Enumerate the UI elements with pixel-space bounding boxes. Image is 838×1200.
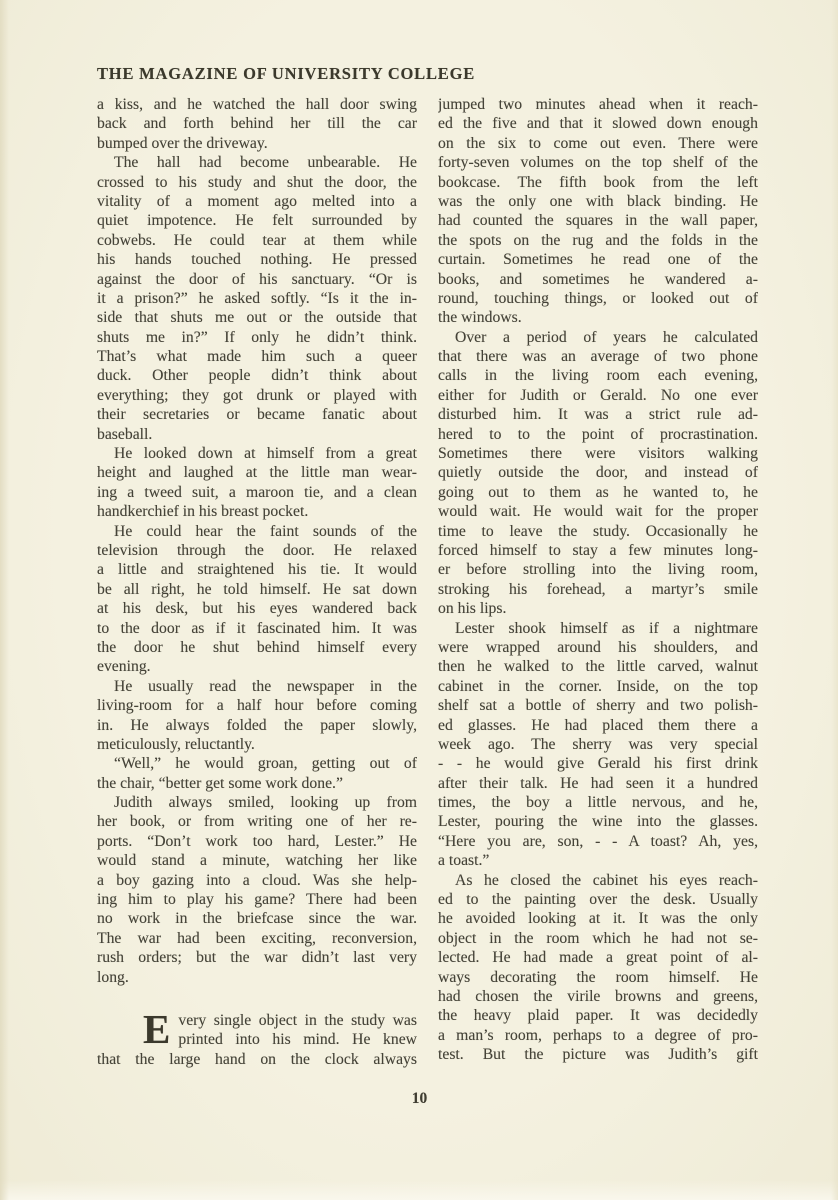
text-line: her book, or from writing one of her re-	[97, 812, 417, 831]
text-line: The war had been exciting, reconversion,	[97, 929, 417, 948]
paragraph: As he closed the cabinet his eyes reach-…	[438, 871, 758, 1065]
text-line: week ago. The sherry was very special	[438, 735, 758, 754]
text-line: That’s what made him such a queer	[97, 347, 417, 366]
text-line: printed into his mind. He knew	[178, 1030, 417, 1049]
paragraph: Lester shook himself as if a nightmarewe…	[438, 619, 758, 871]
paragraph: Every single object in the study wasprin…	[97, 1011, 417, 1069]
text-line: As he closed the cabinet his eyes reach-	[438, 871, 758, 890]
column-left: a kiss, and he watched the hall door swi…	[97, 95, 417, 1069]
text-line: either for Judith or Gerald. No one ever	[438, 386, 758, 405]
paragraph: jumped two minutes ahead when it reach-e…	[438, 95, 758, 328]
text-line: object in the room which he had not se-	[438, 929, 758, 948]
text-line: quietly outside the door, and instead of	[438, 463, 758, 482]
text-line: would wait. He would wait for the proper	[438, 502, 758, 521]
text-line: He could hear the faint sounds of the	[97, 522, 417, 541]
text-line: ing him to play his game? There had been	[97, 890, 417, 909]
paragraph: “Well,” he would groan, getting out ofth…	[97, 754, 417, 793]
text-line: curtain. Sometimes he read one of the	[438, 250, 758, 269]
text-line: he avoided looking at it. It was the onl…	[438, 909, 758, 928]
paragraph: He could hear the faint sounds of thetel…	[97, 522, 417, 677]
text-line: bumped over the driveway.	[97, 134, 417, 153]
text-line: evening.	[97, 657, 417, 676]
text-line: cobwebs. He could tear at them while	[97, 231, 417, 250]
text-line: Lester, pouring the wine into the glasse…	[438, 812, 758, 831]
two-column-text-block: a kiss, and he watched the hall door swi…	[97, 95, 758, 1069]
text-line: “Well,” he would groan, getting out of	[97, 754, 417, 773]
text-line: books, and sometimes he wandered a-	[438, 270, 758, 289]
text-line: very single object in the study was	[178, 1011, 417, 1030]
text-line: quiet impotence. He felt surrounded by	[97, 211, 417, 230]
text-line: on his lips.	[438, 599, 758, 618]
text-line: duck. Other people didn’t think about	[97, 366, 417, 385]
text-line: would stand a minute, watching her like	[97, 851, 417, 870]
text-line: Lester shook himself as if a nightmare	[438, 619, 758, 638]
text-line: the windows.	[438, 308, 758, 327]
text-line: the heavy plaid paper. It was decidedly	[438, 1006, 758, 1025]
text-line: after their talk. He had seen it a hundr…	[438, 774, 758, 793]
text-line: shuts me in?” If only he didn’t think.	[97, 328, 417, 347]
text-line: long.	[97, 968, 417, 987]
text-line: jumped two minutes ahead when it reach-	[438, 95, 758, 114]
paragraph: He looked down at himself from a greathe…	[97, 444, 417, 522]
paragraph: a kiss, and he watched the hall door swi…	[97, 95, 417, 153]
text-line: shelf sat a bottle of sherry and two pol…	[438, 696, 758, 715]
paragraph: Over a period of years he calculatedthat…	[438, 328, 758, 619]
text-line: meticulously, reluctantly.	[97, 735, 417, 754]
text-line: in. He always folded the paper slowly,	[97, 716, 417, 735]
text-line: on the six to come out even. There were	[438, 134, 758, 153]
text-line: - - he would give Gerald his first drink	[438, 754, 758, 773]
text-line: living-room for a half hour before comin…	[97, 696, 417, 715]
text-line: disturbed him. It was a strict rule ad-	[438, 405, 758, 424]
text-line: were wrapped around his shoulders, and	[438, 638, 758, 657]
text-line: a toast.”	[438, 851, 758, 870]
text-line: against the door of his sanctuary. “Or i…	[97, 270, 417, 289]
text-line: at his desk, but his eyes wandered back	[97, 599, 417, 618]
text-line: be all right, he told himself. He sat do…	[97, 580, 417, 599]
text-line: ports. “Don’t work too hard, Lester.” He	[97, 832, 417, 851]
paragraph: Judith always smiled, looking up fromher…	[97, 793, 417, 987]
text-line: was the only one with black binding. He	[438, 192, 758, 211]
text-line: Over a period of years he calculated	[438, 328, 758, 347]
text-line: Sometimes there were visitors walking	[438, 444, 758, 463]
text-line: times, the boy a little nervous, and he,	[438, 793, 758, 812]
text-line: “Here you are, son, - - A toast? Ah, yes…	[438, 832, 758, 851]
text-line: He looked down at himself from a great	[97, 444, 417, 463]
drop-cap-letter: E	[143, 1013, 170, 1046]
text-line: back and forth behind her till the car	[97, 114, 417, 133]
text-line: vitality of a moment ago melted into a	[97, 192, 417, 211]
text-line: had chosen the virile browns and greens,	[438, 987, 758, 1006]
text-line: hered to to the point of procrastination…	[438, 425, 758, 444]
text-line: baseball.	[97, 425, 417, 444]
text-line: everything; they got drunk or played wit…	[97, 386, 417, 405]
text-line: lected. He had made a great point of al-	[438, 948, 758, 967]
text-line: test. But the picture was Judith’s gift	[438, 1045, 758, 1064]
text-line: the chair, “better get some work done.”	[97, 774, 417, 793]
text-line: ed to the painting over the desk. Usuall…	[438, 890, 758, 909]
paragraph: He usually read the newspaper in thelivi…	[97, 677, 417, 755]
text-line: ways decorating the room himself. He	[438, 968, 758, 987]
text-line: height and laughed at the little man wea…	[97, 463, 417, 482]
text-line: a boy gazing into a cloud. Was she help-	[97, 871, 417, 890]
column-right: jumped two minutes ahead when it reach-e…	[438, 95, 758, 1069]
text-line: then he walked to the little carved, wal…	[438, 657, 758, 676]
text-line: to the door as if it fascinated him. It …	[97, 619, 417, 638]
paragraph: The hall had become unbearable. Hecrosse…	[97, 153, 417, 444]
text-line: going out to them as he wanted to, he	[438, 483, 758, 502]
text-line: their secretaries or became fanatic abou…	[97, 405, 417, 424]
text-line: that the large hand on the clock always	[97, 1050, 417, 1069]
text-line: The hall had become unbearable. He	[97, 153, 417, 172]
text-line: ing a tweed suit, a maroon tie, and a cl…	[97, 483, 417, 502]
text-line: it a prison?” he asked softly. “Is it th…	[97, 289, 417, 308]
text-line: time to leave the study. Occasionally he	[438, 522, 758, 541]
text-line: a kiss, and he watched the hall door swi…	[97, 95, 417, 114]
text-line: that there was an average of two phone	[438, 347, 758, 366]
text-line: cabinet in the corner. Inside, on the to…	[438, 677, 758, 696]
text-line: stroking his forehead, a martyr’s smile	[438, 580, 758, 599]
text-line: He usually read the newspaper in the	[97, 677, 417, 696]
text-line: crossed to his study and shut the door, …	[97, 173, 417, 192]
page-number: 10	[97, 1090, 742, 1108]
text-line: forced himself to stay a few minutes lon…	[438, 541, 758, 560]
text-line: the door he shut behind himself every	[97, 638, 417, 657]
text-line: forty-seven volumes on the top shelf of …	[438, 153, 758, 172]
text-line: had counted the squares in the wall pape…	[438, 211, 758, 230]
text-line: television through the door. He relaxed	[97, 541, 417, 560]
text-line: handkerchief in his breast pocket.	[97, 502, 417, 521]
text-line: rush orders; but the war didn’t last ver…	[97, 948, 417, 967]
magazine-masthead: THE MAGAZINE OF UNIVERSITY COLLEGE	[97, 64, 475, 84]
text-line: side that shuts me out or the outside th…	[97, 308, 417, 327]
text-line: ed the five and that it slowed down enou…	[438, 114, 758, 133]
text-line: the spots on the rug and the folds in th…	[438, 231, 758, 250]
text-line: calls in the living room each evening,	[438, 366, 758, 385]
text-line: his hands touched nothing. He pressed	[97, 250, 417, 269]
text-line: Judith always smiled, looking up from	[97, 793, 417, 812]
text-line: bookcase. The fifth book from the left	[438, 173, 758, 192]
text-line: round, touching things, or looked out of	[438, 289, 758, 308]
text-line: ed glasses. He had placed them there a	[438, 716, 758, 735]
scanned-magazine-page: THE MAGAZINE OF UNIVERSITY COLLEGE a kis…	[0, 0, 838, 1200]
text-line: a man’s room, perhaps to a degree of pro…	[438, 1026, 758, 1045]
text-line: no work in the briefcase since the war.	[97, 909, 417, 928]
text-line: er before strolling into the living room…	[438, 560, 758, 579]
text-line: a little and straightened his tie. It wo…	[97, 560, 417, 579]
